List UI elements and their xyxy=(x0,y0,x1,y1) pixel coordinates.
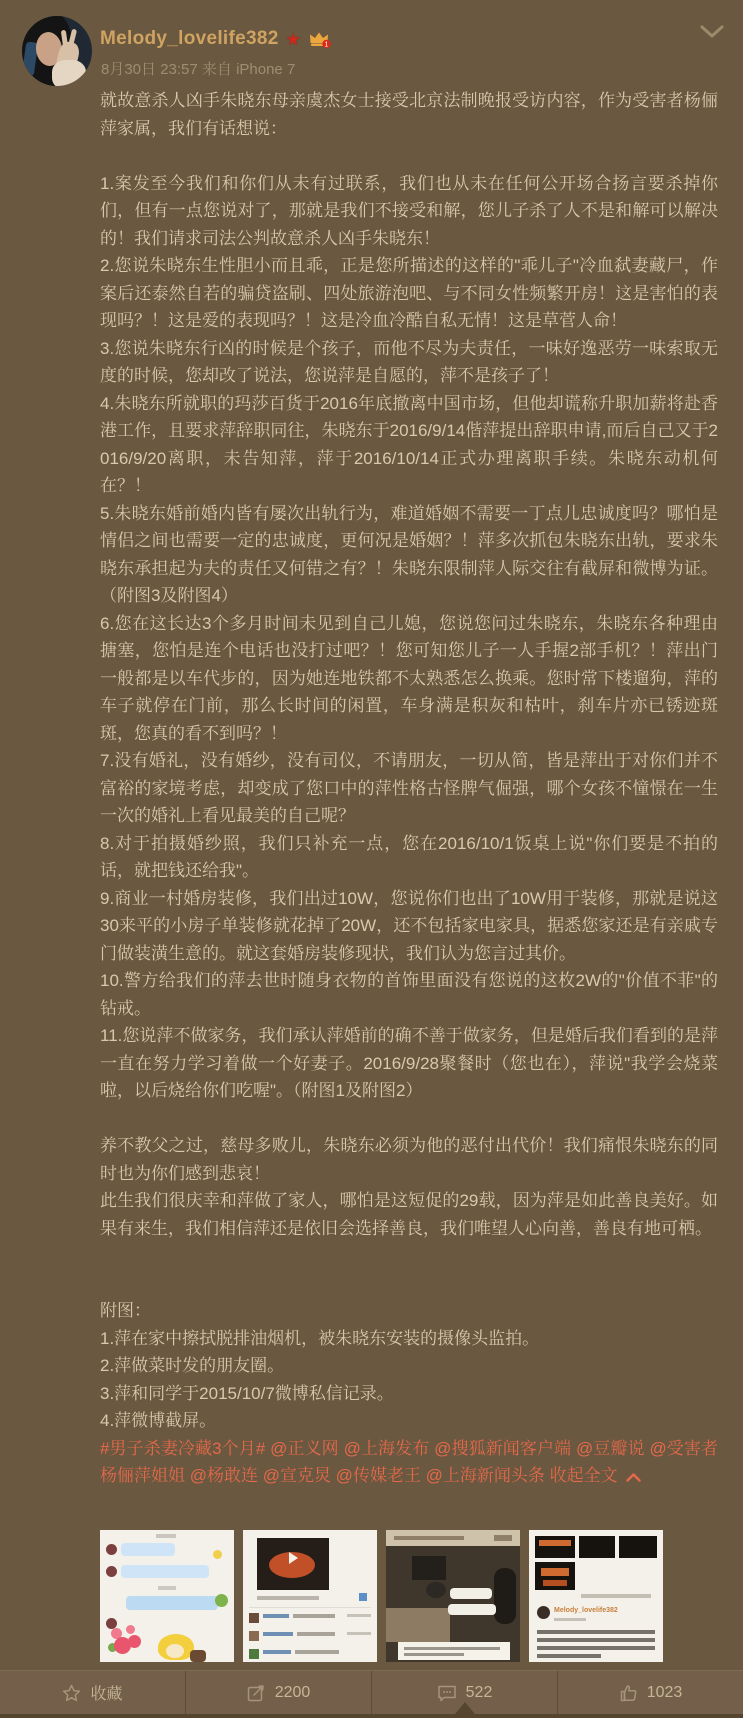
attachment-thumbnail-weibo-profile[interactable]: Melody_lovelife382 xyxy=(529,1530,663,1662)
comments-panel-edge xyxy=(0,1714,743,1718)
play-icon xyxy=(289,1552,298,1564)
like-count: 1023 xyxy=(647,1684,683,1702)
post-paragraph: 4.朱晓东所就职的玛莎百货于2016年底撤离中国市场，但他却谎称升职加薪将赴香港… xyxy=(100,390,718,500)
deco xyxy=(297,1632,335,1636)
deco xyxy=(398,1642,510,1660)
username[interactable]: Melody_lovelife382 xyxy=(100,28,279,50)
deco xyxy=(166,1644,184,1658)
deco xyxy=(619,1536,657,1558)
vip-star-icon: ★ xyxy=(286,31,301,48)
deco xyxy=(537,1606,550,1619)
membership-crown-icon: 1 xyxy=(308,30,331,49)
deco xyxy=(156,1534,176,1538)
deco xyxy=(347,1614,371,1617)
svg-text:1: 1 xyxy=(324,41,328,48)
deco xyxy=(106,1544,117,1555)
deco xyxy=(106,1618,117,1629)
attachment-thumbnail-chat[interactable] xyxy=(100,1530,234,1662)
thumbs-up-icon xyxy=(619,1684,638,1702)
post-paragraph: 此生我们很庆幸和萍做了家人，哪怕是这短促的29载，因为萍是如此善良美好。如果有来… xyxy=(100,1187,718,1242)
chevron-down-icon[interactable] xyxy=(699,24,725,40)
post-paragraph: 10.警方给我们的萍去世时随身衣物的首饰里面没有您说的这枚2W的"价值不菲"的钻… xyxy=(100,967,718,1022)
deco xyxy=(190,1650,206,1662)
paragraph-spacer xyxy=(100,142,718,170)
deco xyxy=(52,60,86,86)
deco xyxy=(249,1631,259,1641)
paragraph-spacer xyxy=(100,1242,718,1270)
post-paragraph: 5.朱晓东婚前婚内皆有屡次出轨行为，难道婚姻不需要一丁点儿忠诚度吗？哪怕是情侣之… xyxy=(100,500,718,610)
post-paragraph: 养不教父之过，慈母多败儿，朱晓东必须为他的恶付出代价！我们痛恨朱晓东的同时也为你… xyxy=(100,1132,718,1187)
post-paragraph: 11.您说萍不做家务，我们承认萍婚前的确不善于做家务，但是婚后我们看到的是萍一直… xyxy=(100,1022,718,1105)
deco xyxy=(494,1535,512,1541)
repost-count: 2200 xyxy=(275,1684,311,1702)
deco xyxy=(215,1594,228,1607)
post-paragraph: 1.萍在家中擦拭脱排油烟机，被朱晓东安装的摄像头监拍。 xyxy=(100,1325,718,1353)
post-meta: 8月30日 23:57 来自 iPhone 7 xyxy=(101,58,295,79)
deco xyxy=(554,1618,586,1621)
deco xyxy=(114,1637,131,1654)
post-paragraph: 8.对于拍摄婚纱照，我们只补充一点，您在2016/10/1饭桌上说"你们要是不拍… xyxy=(100,830,718,885)
post-paragraph: 1.案发至今我们和你们从未有过联系，我们也从未在任何公开场合扬言要杀掉你们，但有… xyxy=(100,170,718,253)
post-content: 就故意杀人凶手朱晓东母亲虞杰女士接受北京法制晚报受访内容，作为受害者杨俪萍家属，… xyxy=(100,87,718,1491)
comment-icon xyxy=(437,1684,457,1702)
deco xyxy=(537,1630,655,1634)
post-paragraph: 就故意杀人凶手朱晓东母亲虞杰女士接受北京法制晚报受访内容，作为受害者杨俪萍家属，… xyxy=(100,87,718,142)
deco xyxy=(537,1638,655,1642)
weibo-post-page: Melody_lovelife382 ★ 1 8月30日 23:57 来自 iP… xyxy=(0,0,743,1718)
deco xyxy=(249,1613,259,1623)
paragraph-spacer xyxy=(100,1105,718,1133)
attachment-thumbnail-moments-post[interactable] xyxy=(243,1530,377,1662)
post-paragraph: 附图： xyxy=(100,1297,718,1325)
star-outline-icon xyxy=(62,1684,81,1702)
deco xyxy=(293,1614,335,1618)
deco xyxy=(295,1650,339,1654)
deco xyxy=(581,1594,651,1598)
deco xyxy=(158,1586,176,1590)
deco xyxy=(448,1604,496,1615)
chevron-up-icon xyxy=(626,1463,641,1491)
comments-panel-arrow xyxy=(455,1702,475,1714)
post-paragraph: 2.萍做菜时发的朋友圈。 xyxy=(100,1352,718,1380)
post-text: 就故意杀人凶手朱晓东母亲虞杰女士接受北京法制晚报受访内容，作为受害者杨俪萍家属，… xyxy=(100,87,718,1435)
deco xyxy=(347,1632,371,1635)
thumbnail-profile-username: Melody_lovelife382 xyxy=(554,1607,618,1614)
post-paragraph: 3.萍和同学于2015/10/7微博私信记录。 xyxy=(100,1380,718,1408)
collapse-full-text[interactable]: 收起全文 xyxy=(550,1466,641,1485)
paragraph-spacer xyxy=(100,1270,718,1298)
post-tags-line[interactable]: #男子杀妻冷藏3个月# @正义网 @上海发布 @搜狐新闻客户端 @豆瓣说 @受害… xyxy=(100,1435,718,1491)
deco xyxy=(249,1607,371,1608)
deco xyxy=(126,1596,218,1610)
post-paragraph: 6.您在这长达3个多月时间未见到自己儿媳，您说您问过朱晓东，朱晓东各种理由搪塞，… xyxy=(100,610,718,748)
deco xyxy=(404,1653,464,1656)
deco xyxy=(541,1568,569,1576)
deco xyxy=(537,1646,655,1650)
post-paragraph: 7.没有婚礼，没有婚纱，没有司仪，不请朋友，一切从简，皆是萍出于对你们并不富裕的… xyxy=(100,747,718,830)
deco xyxy=(539,1540,571,1546)
deco xyxy=(263,1650,291,1654)
post-paragraph: 3.您说朱晓东行凶的时候是个孩子，而他不尽为夫责任，一味好逸恶劳一味索取无度的时… xyxy=(100,335,718,390)
deco xyxy=(386,1608,450,1642)
post-paragraph: 2.您说朱晓东生性胆小而且乖，正是您所描述的这样的"乖儿子"冷血弑妻藏尸，作案后… xyxy=(100,252,718,335)
deco xyxy=(213,1550,222,1559)
collapse-label[interactable]: 收起全文 xyxy=(550,1466,618,1485)
deco xyxy=(359,1593,367,1601)
deco xyxy=(537,1654,601,1658)
favorite-label: 收藏 xyxy=(90,1681,122,1704)
post-paragraph: 9.商业一村婚房装修，我们出过10W，您说你们也出了10W用于装修，那就是说这3… xyxy=(100,885,718,968)
deco xyxy=(121,1565,209,1578)
deco xyxy=(494,1568,516,1624)
deco xyxy=(450,1588,492,1599)
comment-count: 522 xyxy=(466,1684,493,1702)
deco xyxy=(106,1566,117,1577)
deco xyxy=(404,1647,500,1650)
deco xyxy=(263,1632,293,1636)
like-button[interactable]: 1023 xyxy=(557,1671,743,1714)
action-bar: 收藏 2200 522 1023 xyxy=(0,1670,743,1714)
favorite-button[interactable]: 收藏 xyxy=(0,1671,185,1714)
deco xyxy=(579,1536,615,1558)
avatar[interactable] xyxy=(22,16,92,86)
deco xyxy=(257,1596,319,1600)
deco xyxy=(249,1649,259,1659)
deco xyxy=(121,1543,175,1556)
deco xyxy=(263,1614,289,1618)
attachment-thumbnail-kitchen-photo[interactable] xyxy=(386,1530,520,1662)
repost-button[interactable]: 2200 xyxy=(185,1671,371,1714)
post-paragraph: 4.萍微博截屏。 xyxy=(100,1407,718,1435)
repost-icon xyxy=(247,1684,266,1702)
deco xyxy=(543,1580,567,1586)
deco xyxy=(412,1556,446,1580)
deco xyxy=(394,1536,464,1540)
deco xyxy=(426,1582,446,1598)
